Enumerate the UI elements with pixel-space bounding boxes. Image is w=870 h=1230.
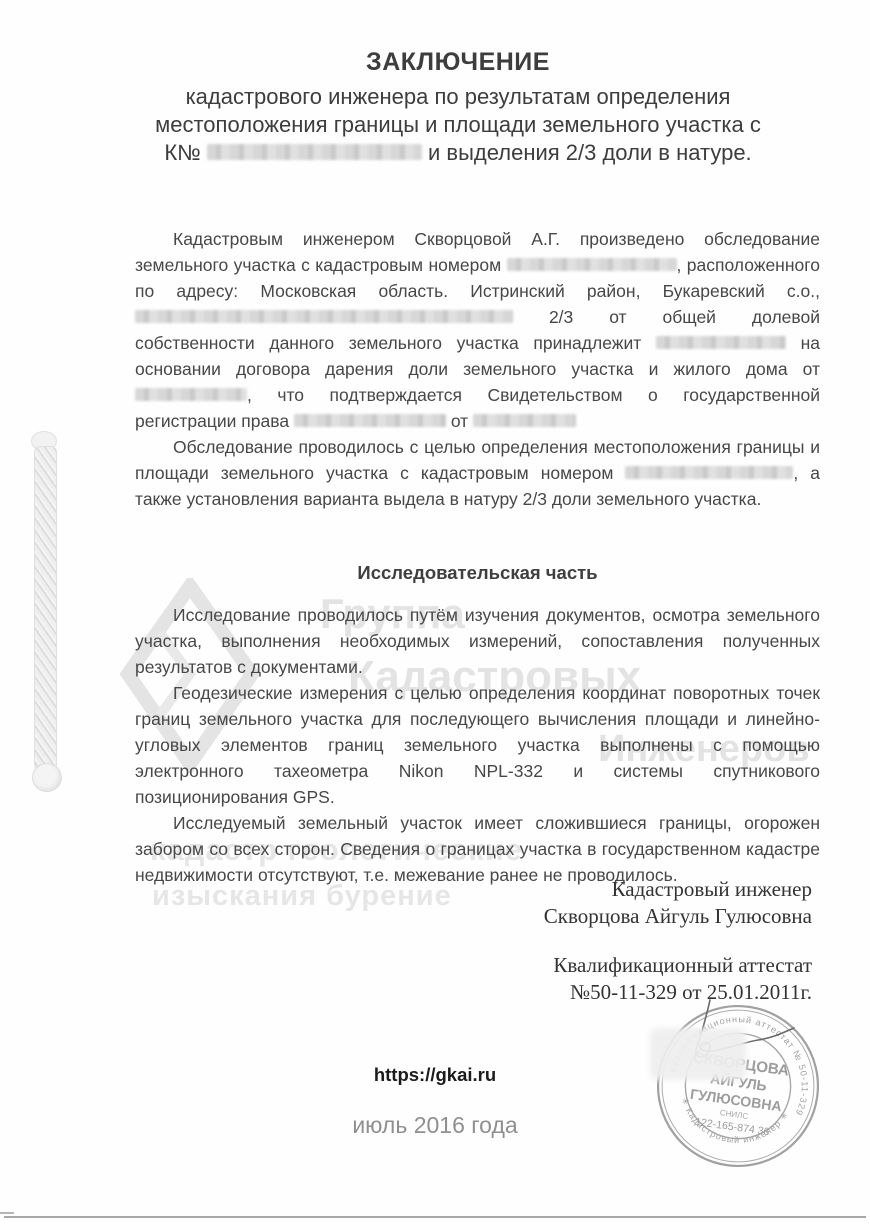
- binding-lace-seal-blob: [32, 763, 62, 792]
- redacted-date: [135, 388, 247, 401]
- engineer-name: Скворцова Айгуль Гулюсовна: [544, 903, 812, 930]
- redacted-certificate-number: [294, 414, 446, 427]
- redacted-cadastral-number: [625, 466, 793, 479]
- document-title: ЗАКЛЮЧЕНИЕ: [46, 48, 870, 77]
- redacted-cadastral-number: [507, 258, 677, 271]
- section-heading: Исследовательская часть: [135, 560, 820, 586]
- document-subtitle: кадастрового инженера по результатам опр…: [46, 83, 870, 167]
- redacted-date: [473, 414, 576, 427]
- paragraph-4: Геодезические измерения с целью определе…: [135, 680, 820, 810]
- title-block: ЗАКЛЮЧЕНИЕ кадастрового инженера по резу…: [46, 48, 870, 167]
- engineer-role: Кадастровый инженер: [544, 876, 812, 903]
- subtitle-line-2: местоположения границы и площади земельн…: [155, 112, 761, 137]
- document-page: Группа Кадастровых Инженеров кадастр гео…: [0, 0, 870, 1230]
- page-bottom-edge: [4, 1216, 866, 1218]
- redacted-cadastral-number: [207, 144, 422, 160]
- signature-block: Кадастровый инженер Скворцова Айгуль Гул…: [544, 876, 812, 930]
- document-body: Кадастровым инженером Скворцовой А.Г. пр…: [135, 226, 820, 888]
- paragraph-text: от: [451, 411, 468, 431]
- paragraph-2: Обследование проводилось с целью определ…: [135, 434, 820, 512]
- page-edge-notch: [0, 1212, 14, 1214]
- subtitle-line-3-suffix: и выделения 2/3 доли в натуре.: [428, 140, 752, 165]
- paragraph-1: Кадастровым инженером Скворцовой А.Г. пр…: [135, 226, 820, 434]
- redacted-stamp-area: [650, 1028, 746, 1080]
- attestation-title: Квалификационный аттестат: [553, 952, 812, 979]
- redacted-address: [135, 310, 513, 323]
- subtitle-line-1: кадастрового инженера по результатам опр…: [186, 84, 731, 109]
- paragraph-3: Исследование проводилось путём изучения …: [135, 602, 820, 680]
- redacted-owner-name: [656, 336, 786, 349]
- binding-lace: [34, 446, 57, 770]
- subtitle-line-3-prefix: К№: [164, 140, 200, 165]
